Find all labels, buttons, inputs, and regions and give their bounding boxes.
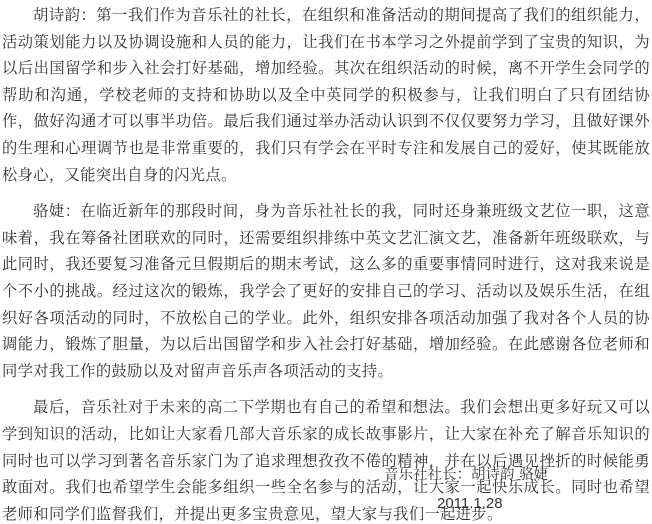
paragraph-hu-shiyun: 胡诗韵：第一我们作为音乐社的社长，在组织和准备活动的期间提高了我们的组织能力，活… <box>2 2 650 188</box>
document-body: 胡诗韵：第一我们作为音乐社的社长，在组织和准备活动的期间提高了我们的组织能力，活… <box>2 2 650 524</box>
paragraph-conclusion: 最后，音乐社对于未来的高二下学期也有自己的希望和想法。我们会想出更多好玩又可以学… <box>2 394 650 524</box>
signature-line: 音乐社社长：胡诗韵 骆婕 <box>384 464 548 486</box>
paragraph-luo-jie: 骆婕：在临近新年的那段时间，身为音乐社社长的我，同时还身兼班级文艺位一职，这意味… <box>2 198 650 384</box>
date-line: 2011.1.28 <box>437 494 503 514</box>
